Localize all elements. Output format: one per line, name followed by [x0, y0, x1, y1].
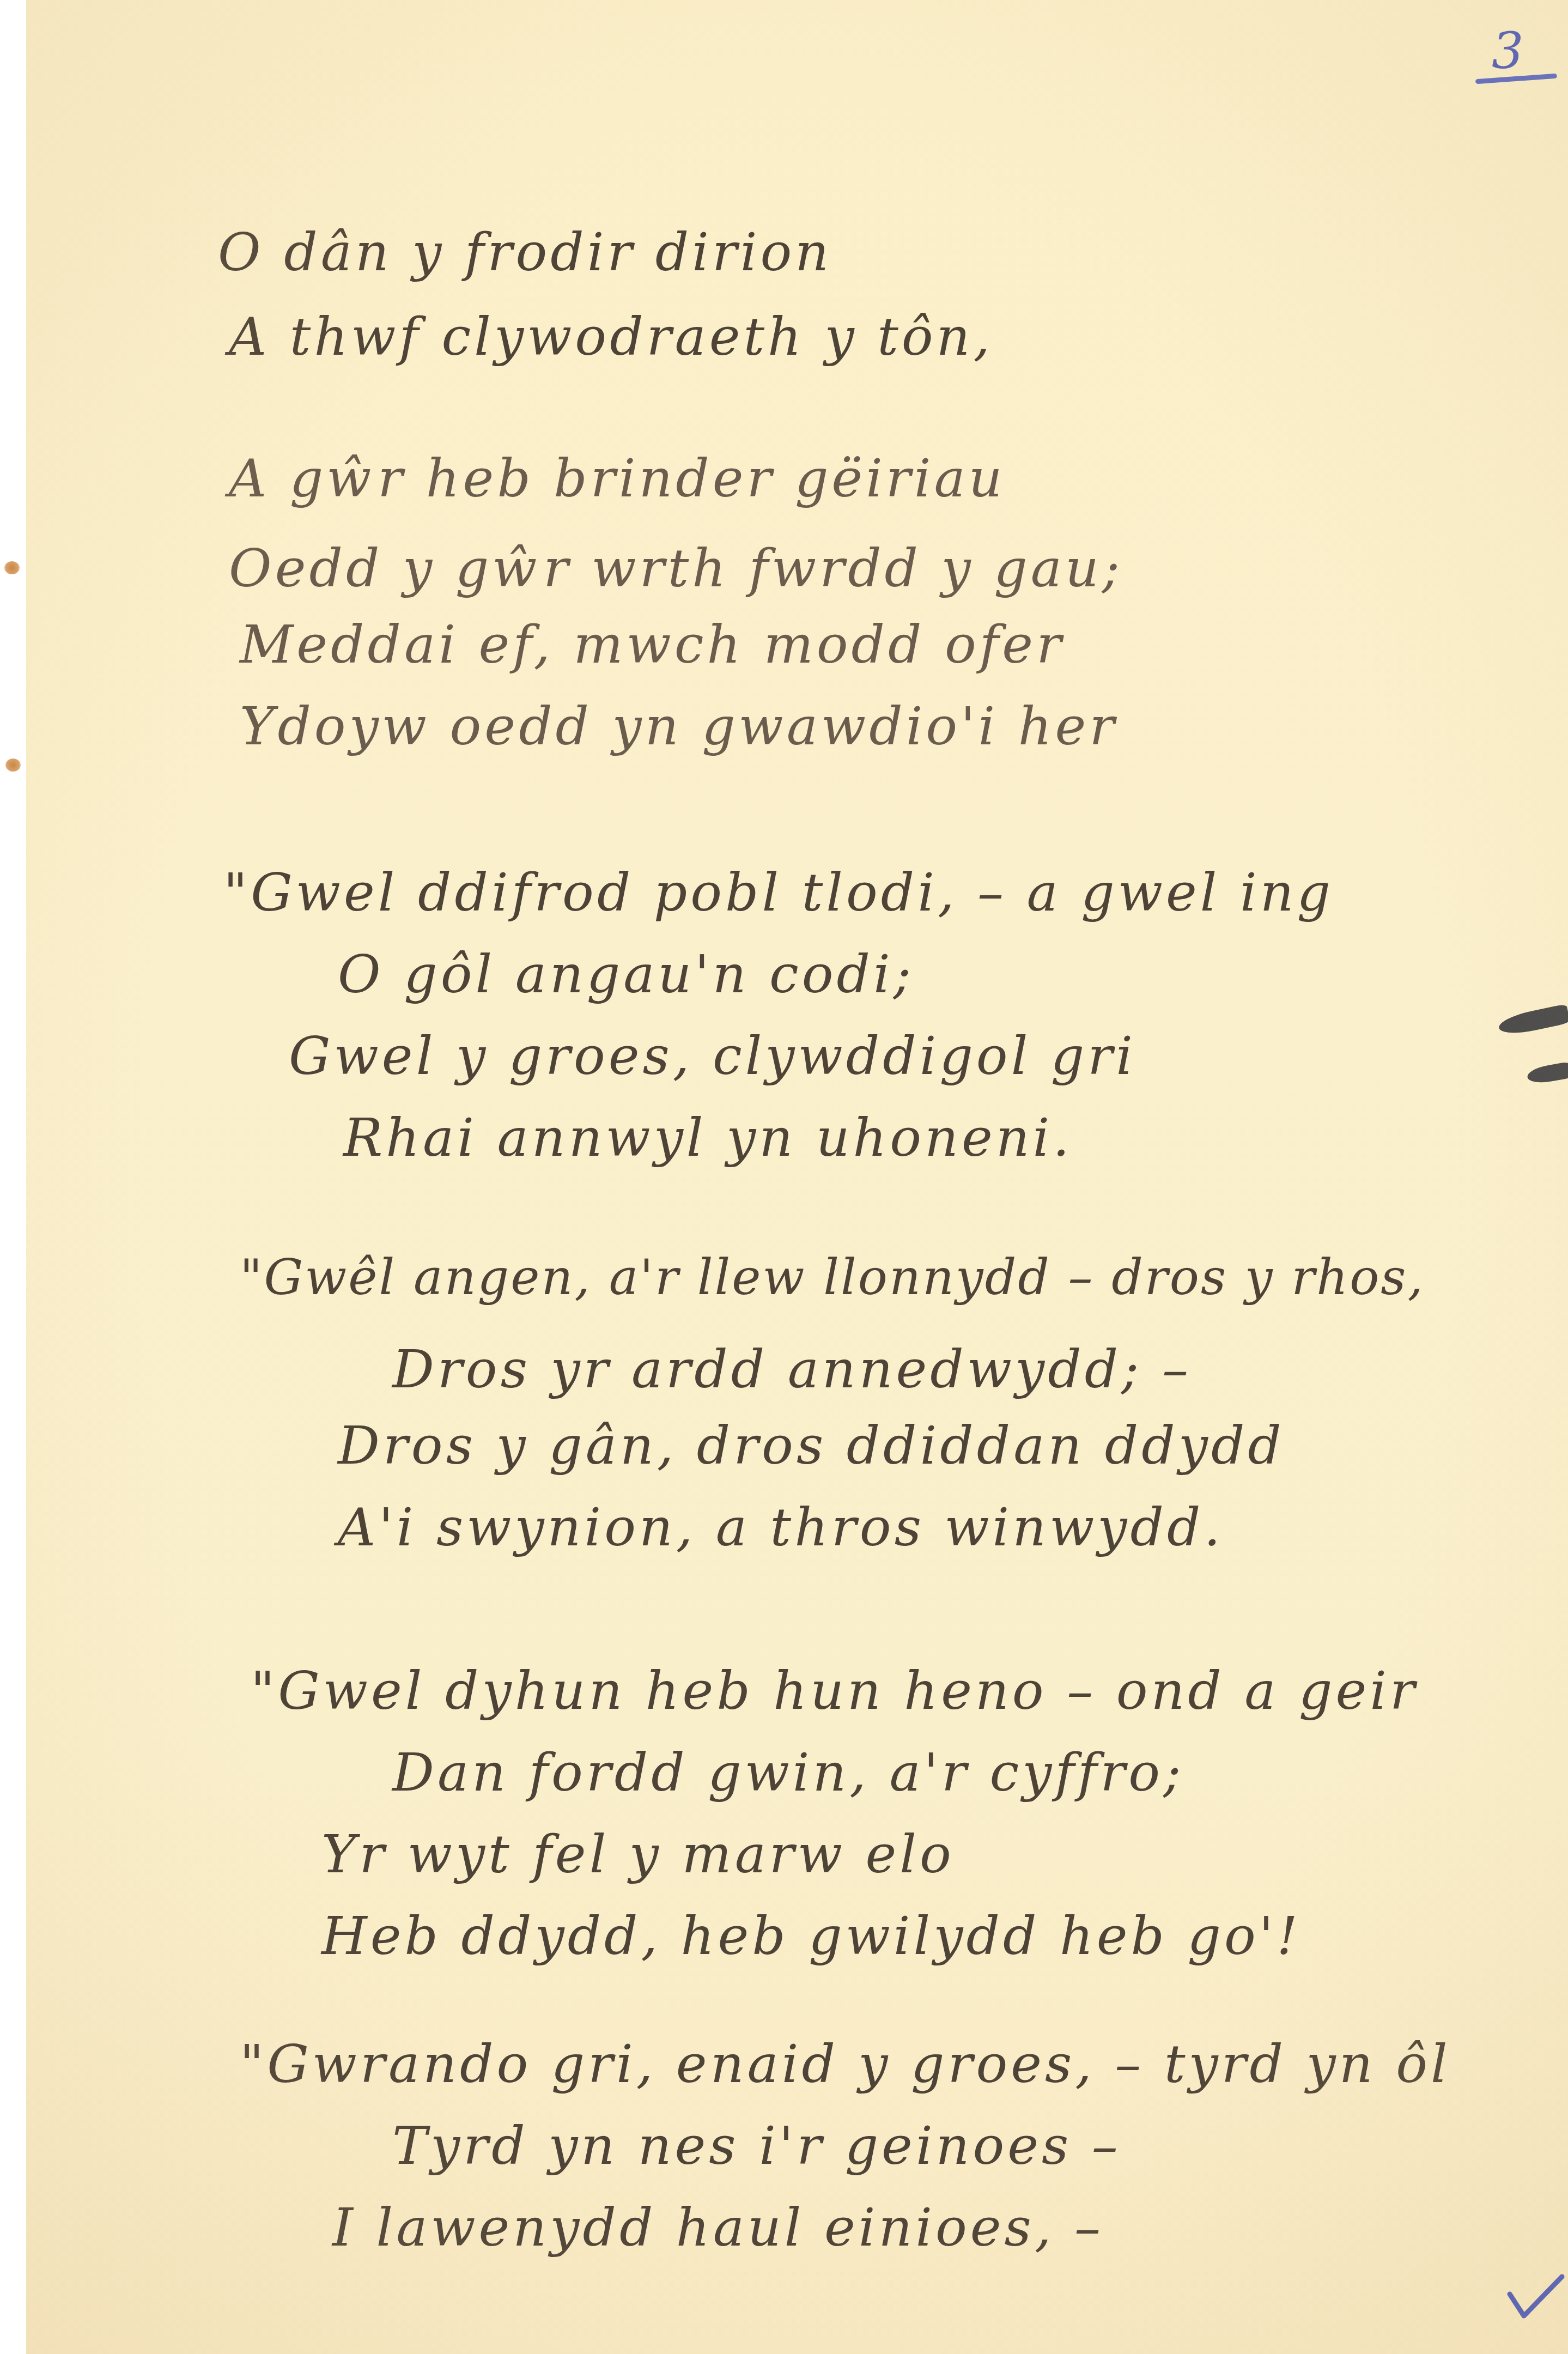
verse-line: Dros y gân, dros ddiddan ddydd	[338, 1419, 1285, 1472]
verse-line: "Gwel ddifrod pobl tlodi, – a gwel ing	[223, 866, 1334, 919]
manuscript-page: 3 O dân y frodir dirion A thwf clywodrae…	[26, 0, 1568, 2354]
verse-line: A thwf clywodraeth y tôn,	[229, 311, 993, 363]
verse-line: Heb ddydd, heb gwilydd heb go'!	[321, 1910, 1301, 1962]
checkmark-icon	[1505, 2272, 1565, 2321]
verse-line: Tyrd yn nes i'r geinoes –	[392, 2120, 1121, 2172]
verse-line: Meddai ef, mwch modd ofer	[240, 618, 1065, 671]
verse-line: Dros yr ardd annedwydd; –	[392, 1343, 1192, 1396]
verse-line: Ydoyw oedd yn gwawdio'i her	[240, 700, 1117, 753]
verse-line: A gŵr heb brinder gëiriau	[229, 452, 1006, 505]
verse-line: Gwel y groes, clywddigol gri	[289, 1030, 1136, 1082]
verse-line: I lawenydd haul einioes, –	[332, 2201, 1104, 2254]
verse-line: Rhai annwyl yn uhoneni.	[343, 1112, 1073, 1164]
ink-blot	[1497, 1004, 1568, 1038]
verse-line: A'i swynion, a thros winwydd.	[338, 1501, 1224, 1554]
rust-spot	[5, 759, 21, 772]
verse-line: Oedd y gŵr wrth fwrdd y gau;	[229, 542, 1123, 594]
verse-line: Dan fordd gwin, a'r cyffro;	[392, 1746, 1184, 1799]
rust-spot	[4, 561, 20, 574]
page-number: 3	[1492, 22, 1524, 80]
ink-blot	[1526, 1061, 1568, 1085]
verse-line: "Gwel dyhun heb hun heno – ond a geir	[251, 1665, 1418, 1717]
verse-line: "Gwêl angen, a'r llew llonnydd – dros y …	[240, 1253, 1425, 1302]
verse-line: O gôl angau'n codi;	[338, 948, 914, 1000]
verse-line: "Gwrando gri, enaid y groes, – tyrd yn ô…	[240, 2038, 1451, 2090]
verse-line: Yr wyt fel y marw elo	[321, 1828, 955, 1880]
verse-line: O dân y frodir dirion	[218, 226, 832, 278]
